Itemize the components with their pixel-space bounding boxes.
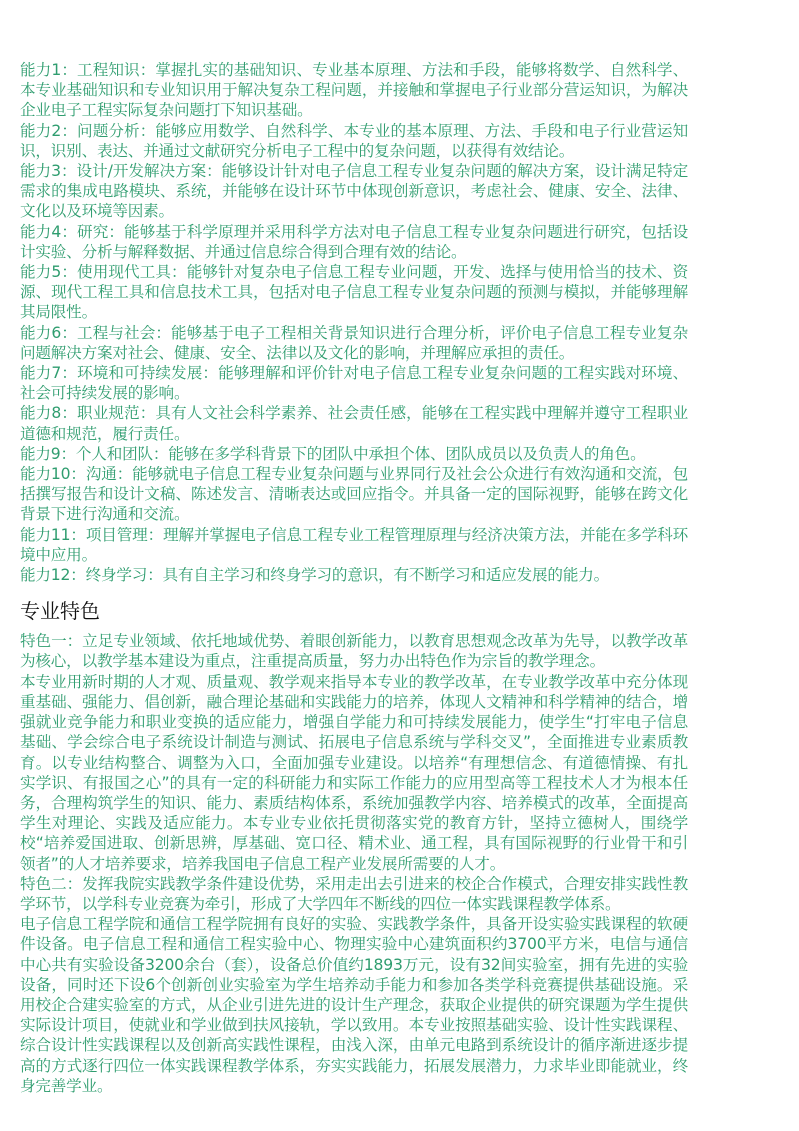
ability-4: 能力4：研究：能够基于科学原理并采用科学方法对电子信息工程专业复杂问题进行研究，… — [20, 222, 688, 262]
ability-9: 能力9：个人和团队：能够在多学科背景下的团队中承担个体、团队成员以及负责人的角色… — [20, 444, 688, 464]
feature-2: 特色二：发挥我院实践教学条件建设优势，采用走出去引进来的校企合作模式，合理安排实… — [20, 874, 688, 914]
ability-10: 能力10：沟通：能够就电子信息工程专业复杂问题与业界同行及社会公众进行有效沟通和… — [20, 464, 688, 525]
document-page: 能力1：工程知识：掌握扎实的基础知识、专业基本原理、方法和手段，能够将数学、自然… — [20, 60, 688, 1096]
ability-11: 能力11：项目管理：理解并掌握电子信息工程专业工程管理原理与经济决策方法，并能在… — [20, 525, 688, 565]
feature-1-detail: 本专业用新时期的人才观、质量观、教学观来指导本专业的教学改革，在专业教学改革中充… — [20, 672, 688, 874]
ability-6: 能力6：工程与社会：能够基于电子工程相关背景知识进行合理分析，评价电子信息工程专… — [20, 323, 688, 363]
ability-2: 能力2：问题分析：能够应用数学、自然科学、本专业的基本原理、方法、手段和电子行业… — [20, 121, 688, 161]
feature-1: 特色一：立足专业领域、依托地域优势、着眼创新能力，以教育思想观念改革为先导，以教… — [20, 631, 688, 671]
feature-2-detail: 电子信息工程学院和通信工程学院拥有良好的实验、实践教学条件，具备开设实验实践课程… — [20, 914, 688, 1096]
ability-7: 能力7：环境和可持续发展：能够理解和评价针对电子信息工程专业复杂问题的工程实践对… — [20, 363, 688, 403]
ability-3: 能力3：设计/开发解决方案：能够设计针对电子信息工程专业复杂问题的解决方案，设计… — [20, 161, 688, 222]
ability-5: 能力5：使用现代工具：能够针对复杂电子信息工程专业问题，开发、选择与使用恰当的技… — [20, 262, 688, 323]
ability-8: 能力8：职业规范：具有人文社会科学素养、社会责任感，能够在工程实践中理解并遵守工… — [20, 403, 688, 443]
ability-1: 能力1：工程知识：掌握扎实的基础知识、专业基本原理、方法和手段，能够将数学、自然… — [20, 60, 688, 121]
features-heading: 专业特色 — [20, 599, 688, 623]
ability-12: 能力12：终身学习：具有自主学习和终身学习的意识，有不断学习和适应发展的能力。 — [20, 565, 688, 585]
